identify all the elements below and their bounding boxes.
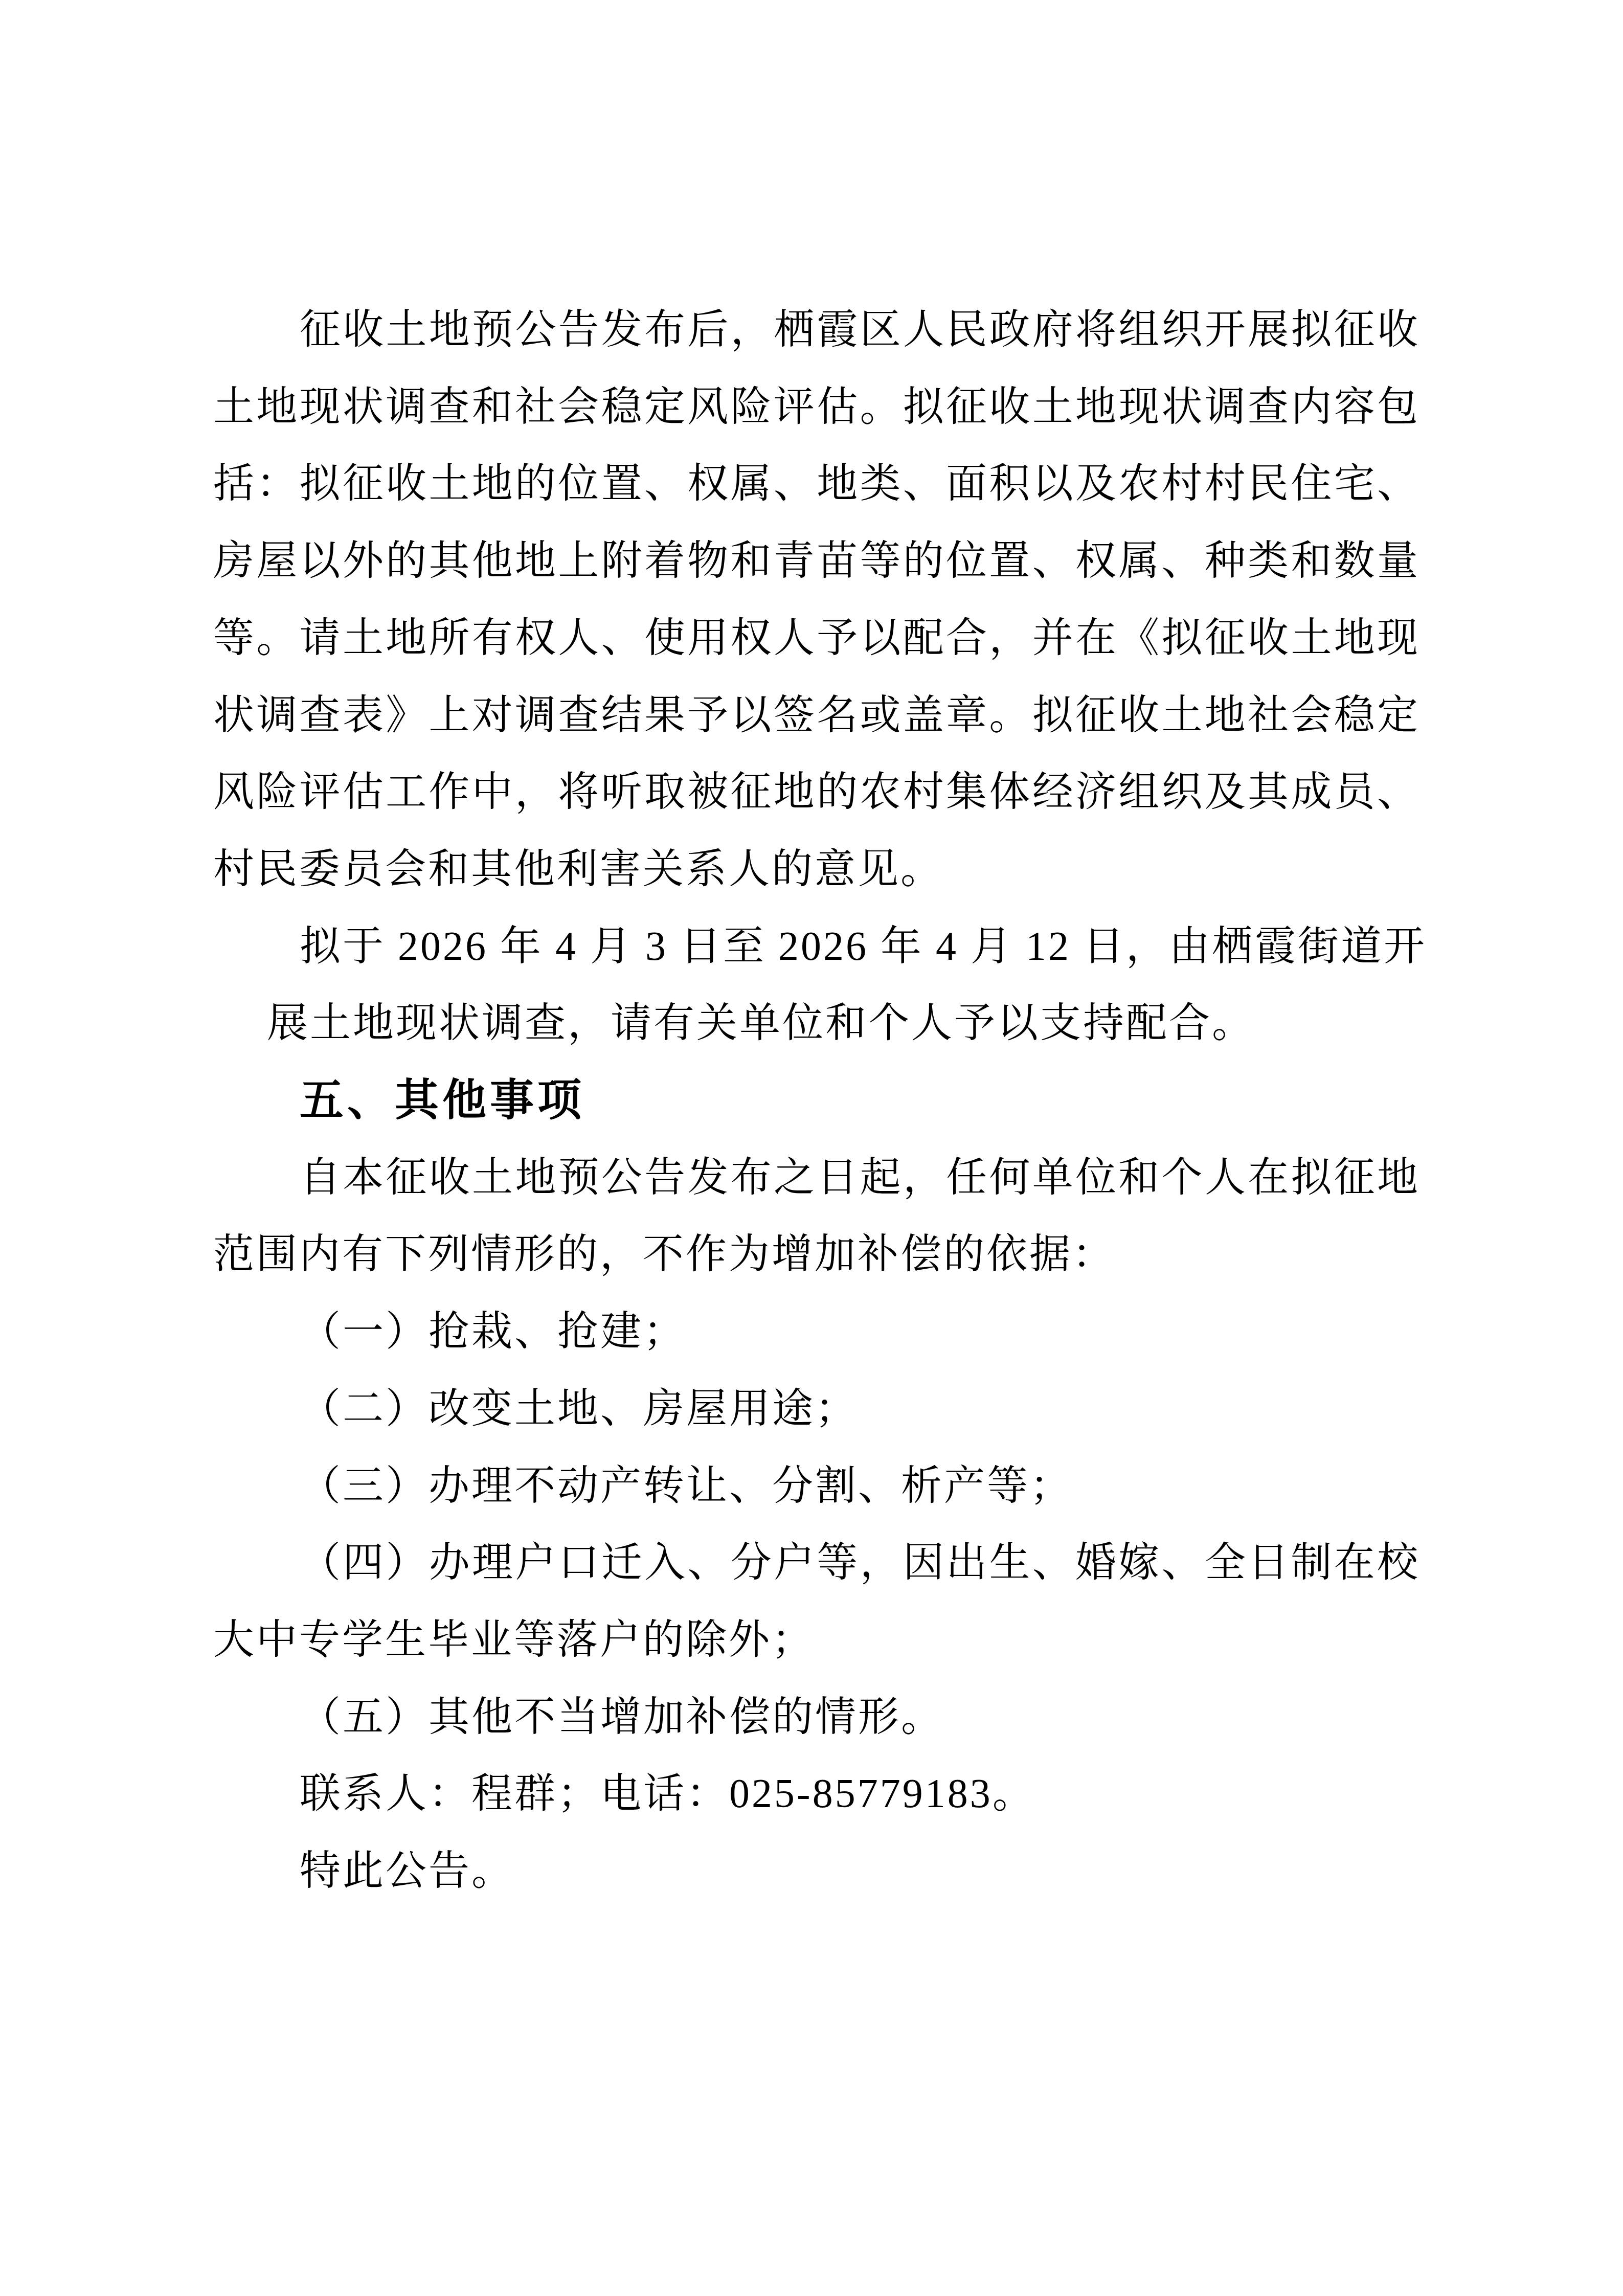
section-heading-other-matters: 五、其他事项: [213, 1062, 1420, 1139]
list-item-3: （三）办理不动产转让、分割、析产等；: [213, 1448, 1420, 1525]
list-item-4-continuation: 大中专学生毕业等落户的除外；: [213, 1602, 1420, 1679]
body-line: 范围内有下列情形的，不作为增加补偿的依据：: [213, 1216, 1420, 1293]
list-item-5: （五）其他不当增加补偿的情形。: [213, 1679, 1420, 1756]
body-line: 等。请土地所有权人、使用权人予以配合，并在《拟征收土地现: [213, 600, 1420, 677]
document-body: 征收土地预公告发布后，栖霞区人民政府将组织开展拟征收 土地现状调查和社会稳定风险…: [213, 291, 1420, 1910]
list-item-2: （二）改变土地、房屋用途；: [213, 1370, 1420, 1448]
contact-line: 联系人：程群；电话：025-85779183。: [213, 1755, 1420, 1833]
body-line: 房屋以外的其他地上附着物和青苗等的位置、权属、种类和数量: [213, 523, 1420, 600]
list-item-1: （一）抢栽、抢建；: [213, 1293, 1420, 1370]
body-line-no-compensation: 自本征收土地预公告发布之日起，任何单位和个人在拟征地: [213, 1139, 1420, 1217]
body-line: 状调查表》上对调查结果予以签名或盖章。拟征收土地社会稳定: [213, 677, 1420, 754]
body-line-survey-dates: 拟于 2026 年 4 月 3 日至 2026 年 4 月 12 日，由栖霞街道…: [213, 908, 1420, 985]
body-line: 括：拟征收土地的位置、权属、地类、面积以及农村村民住宅、: [213, 445, 1420, 523]
body-line: 风险评估工作中，将听取被征地的农村集体经济组织及其成员、: [213, 754, 1420, 831]
closing-line: 特此公告。: [213, 1833, 1420, 1910]
announcement-page: 征收土地预公告发布后，栖霞区人民政府将组织开展拟征收 土地现状调查和社会稳定风险…: [0, 0, 1623, 2296]
body-line: 村民委员会和其他利害关系人的意见。: [213, 831, 1420, 908]
body-line: 土地现状调查和社会稳定风险评估。拟征收土地现状调查内容包: [213, 369, 1420, 446]
body-line-survey-intro: 征收土地预公告发布后，栖霞区人民政府将组织开展拟征收: [213, 291, 1420, 369]
body-line: 展土地现状调查，请有关单位和个人予以支持配合。: [213, 985, 1420, 1062]
list-item-4: （四）办理户口迁入、分户等，因出生、婚嫁、全日制在校: [213, 1524, 1420, 1602]
